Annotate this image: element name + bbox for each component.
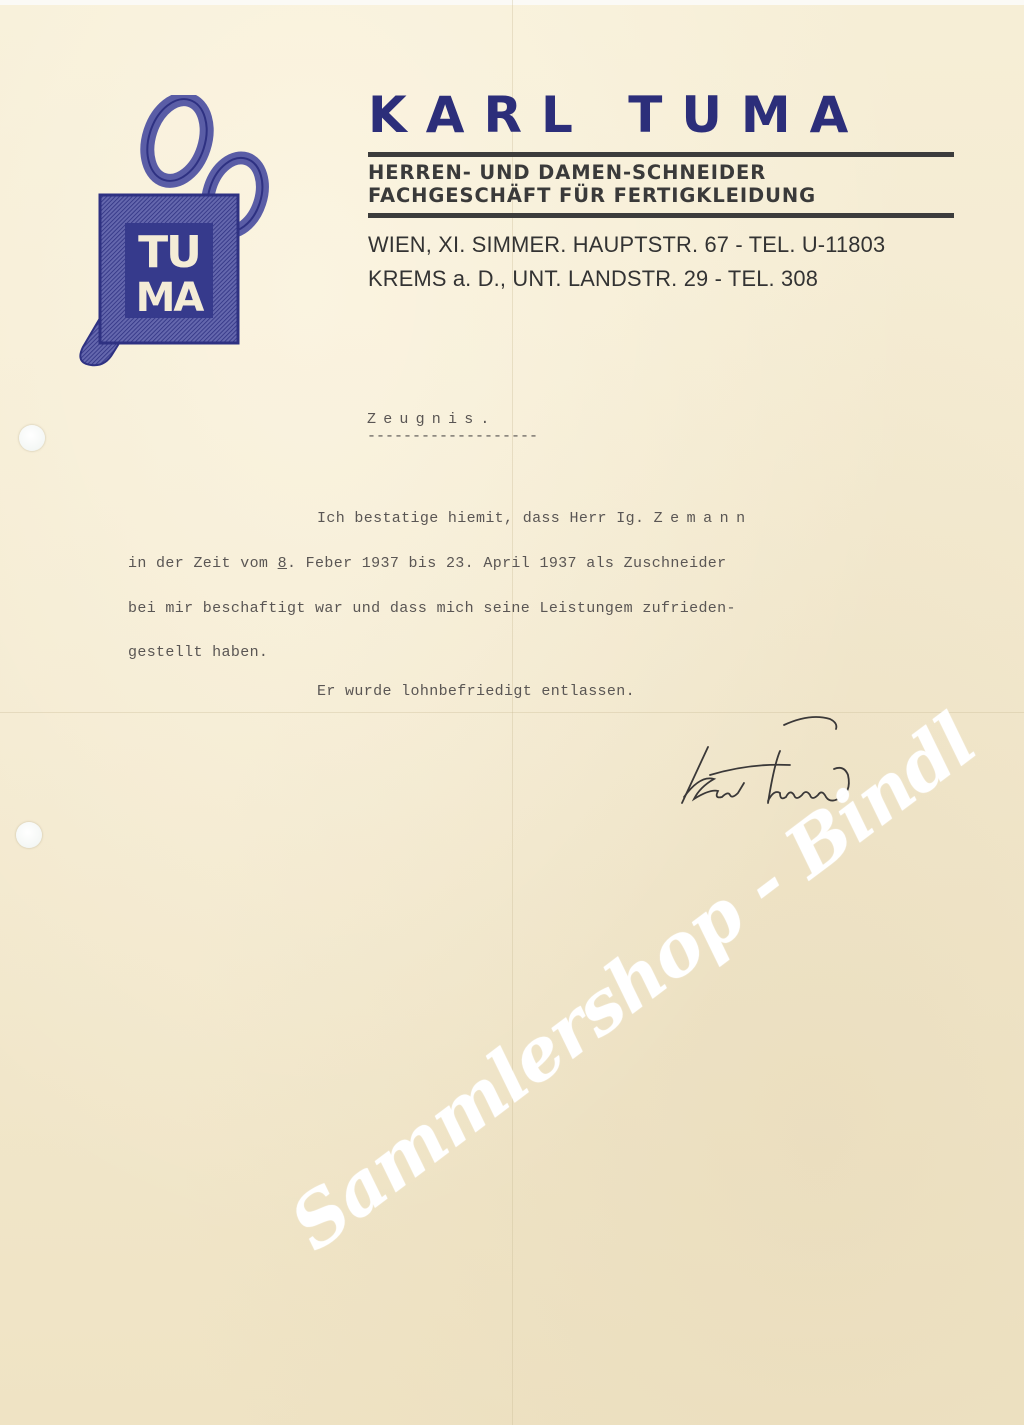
address-krems: KREMS a. D., UNT. LANDSTR. 29 - TEL. 308 [368,262,936,296]
tuma-logo: TU MA [55,95,295,375]
body-line-3: bei mir beschaftigt war und dass mich se… [128,600,736,617]
punch-hole-bottom [16,822,42,848]
letterhead-rule-top [368,152,954,157]
body-line-1-text: Ich bestatige hiemit, dass Herr Ig. [317,510,654,527]
trade-line-1: HERREN- UND DAMEN-SCHNEIDER [368,161,954,184]
employee-name: Zemann [654,510,753,527]
document-title: Zeugnis. [367,411,497,428]
body-line-5: Er wurde lohnbefriedigt entlassen. [317,683,635,700]
letterhead-rule-bottom [368,213,954,218]
start-day: 8 [278,555,287,572]
watermark: Sammlershop - Bindl [274,697,990,1266]
letterhead: KARL TUMA HERREN- UND DAMEN-SCHNEIDER FA… [368,86,954,296]
body-line-2-prefix: in der Zeit vom [128,555,278,572]
body-line-2-suffix: . Feber 1937 bis 23. April 1937 als Zusc… [287,555,727,572]
document-page: TU MA KARL TUMA HERREN- UND DAMEN-SCHNEI… [0,0,1024,1425]
address-vienna: WIEN, XI. SIMMER. HAUPTSTR. 67 - TEL. U-… [368,228,936,262]
fold-line-horizontal [0,712,1024,713]
trade-line-2: FACHGESCHÄFT FÜR FERTIGKLEIDUNG [368,184,954,207]
logo-monogram-top: TU [138,227,200,278]
document-title-underline: ------------------- [367,428,538,445]
punch-hole-top [19,425,45,451]
body-line-4: gestellt haben. [128,644,268,661]
body-line-1: Ich bestatige hiemit, dass Herr Ig. Zema… [317,510,753,527]
logo-monogram-bottom: MA [136,275,205,321]
company-name: KARL TUMA [368,86,954,144]
body-line-2: in der Zeit vom 8. Feber 1937 bis 23. Ap… [128,555,727,572]
tuma-logo-icon: TU MA [55,95,295,375]
